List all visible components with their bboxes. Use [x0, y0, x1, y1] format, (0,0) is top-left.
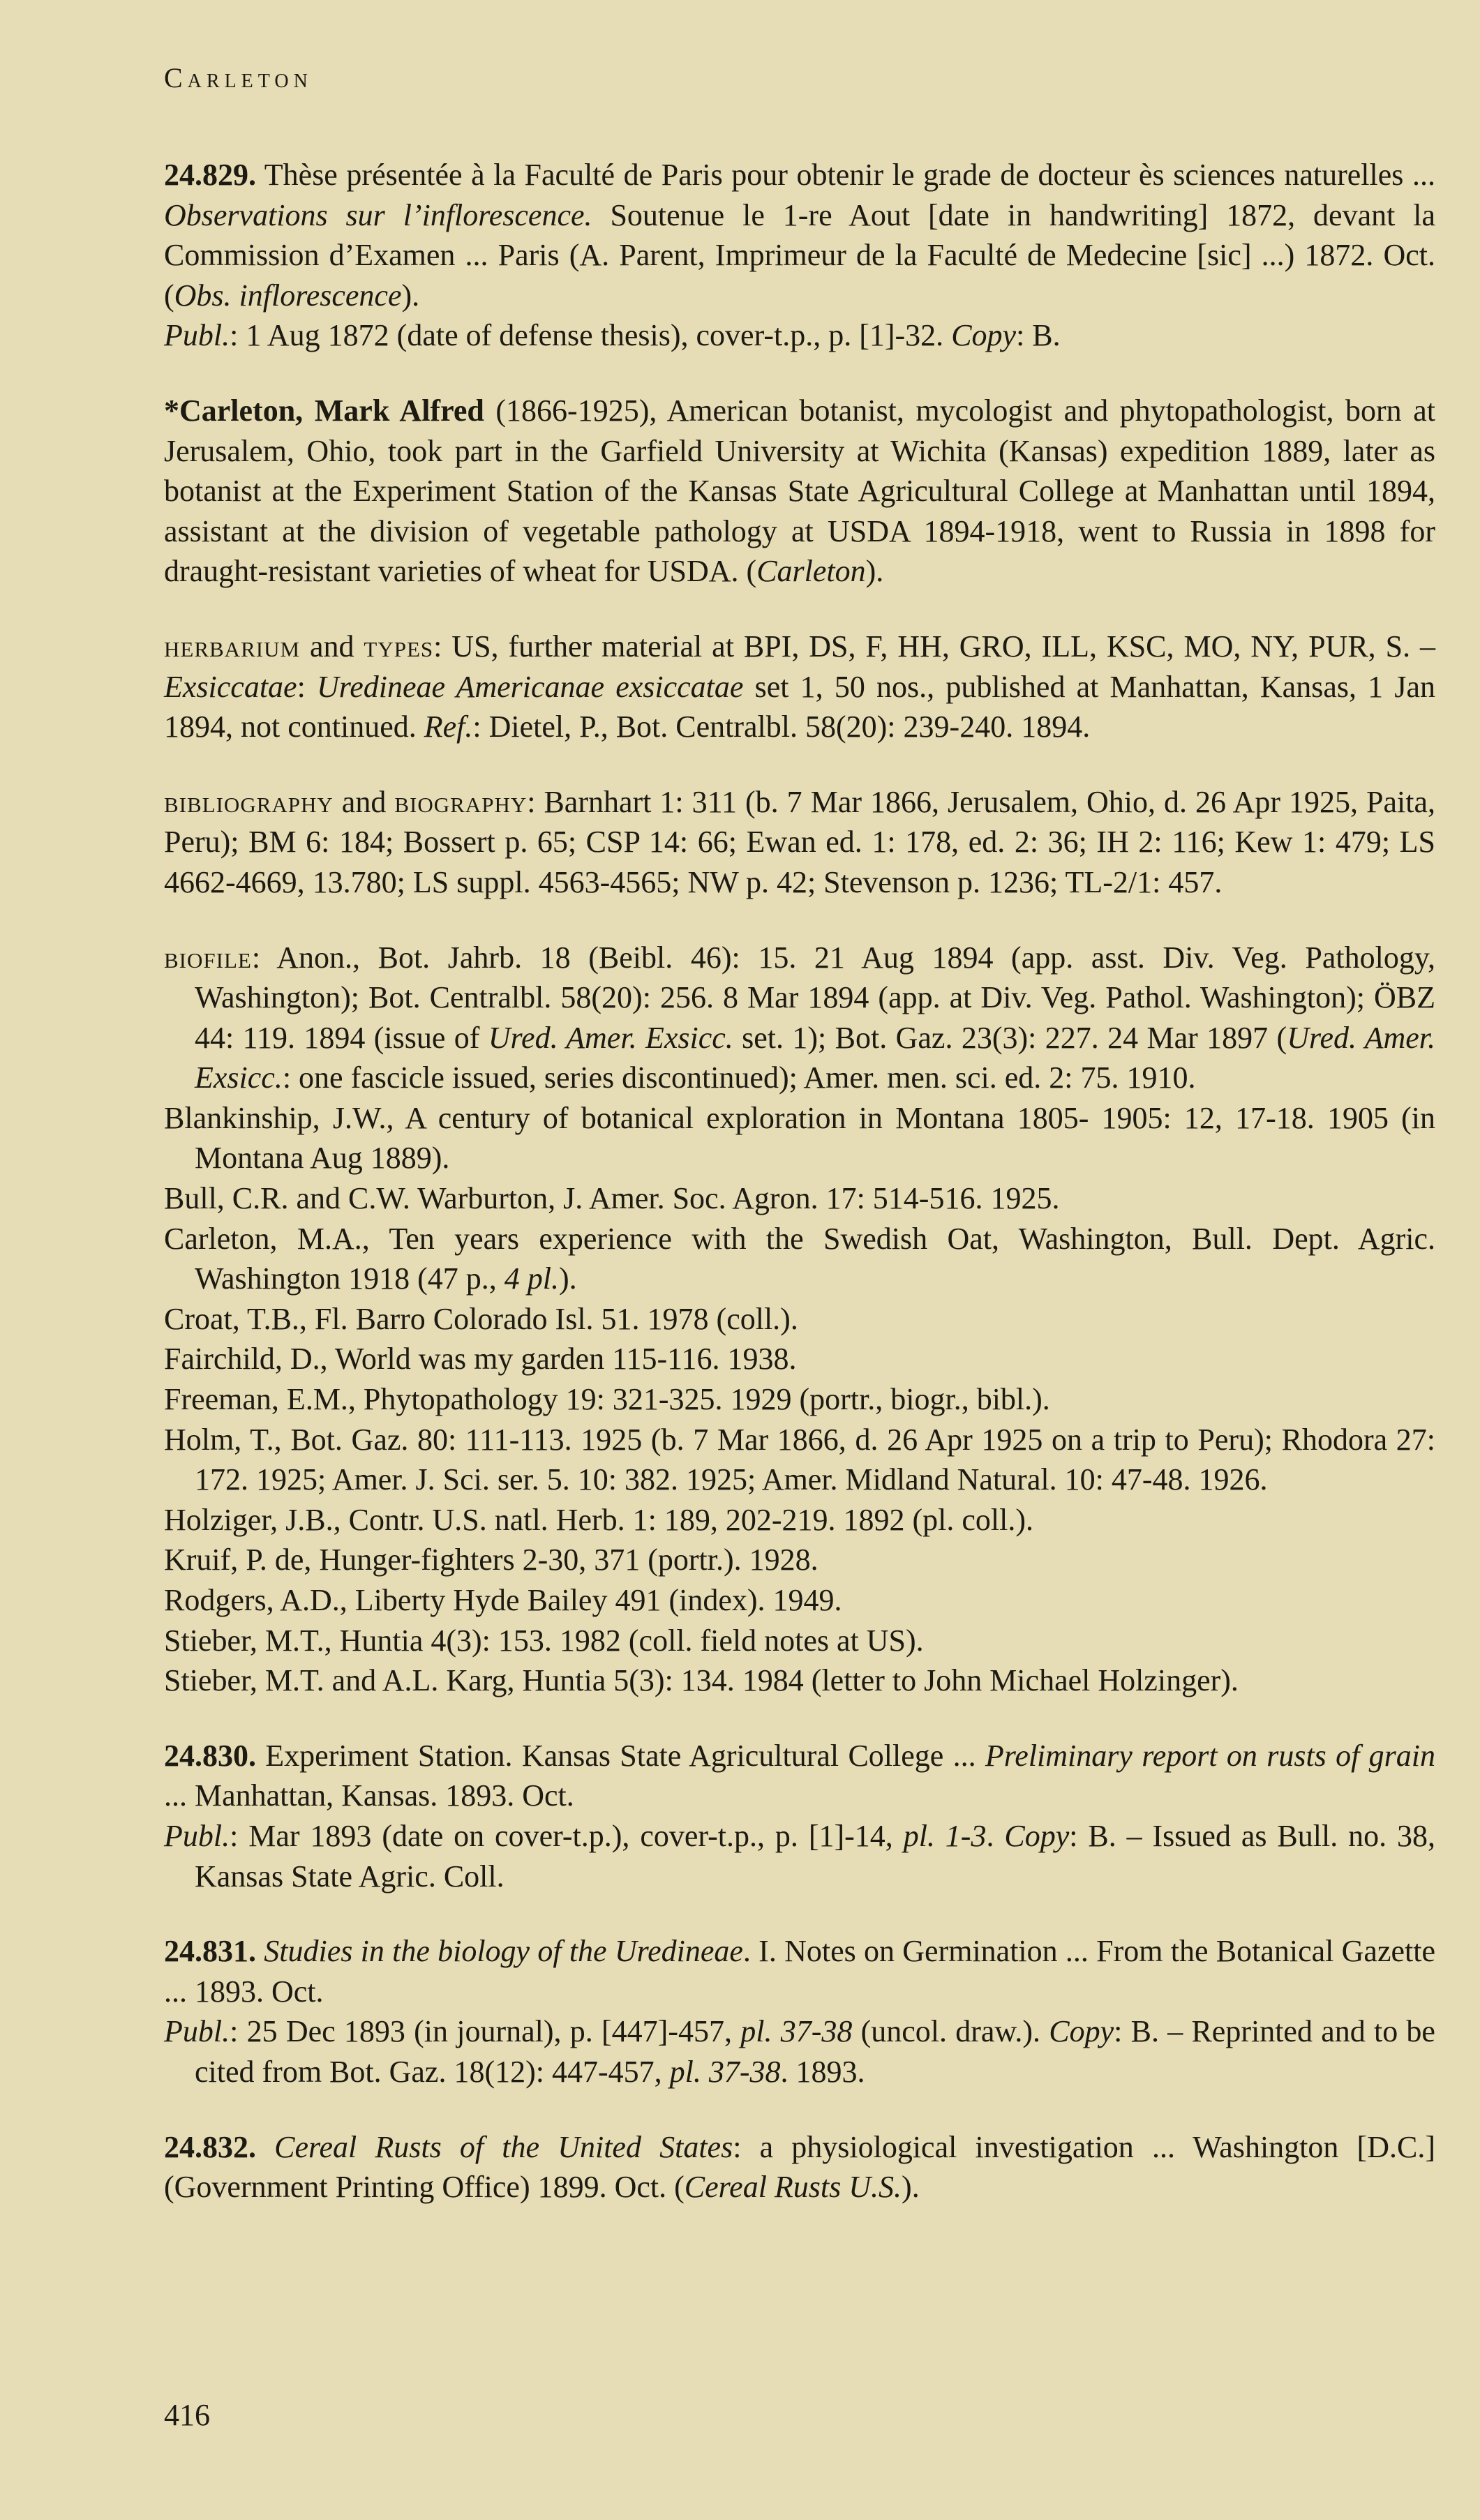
reference-item: Freeman, E.M., Phytopathology 19: 321-32…	[164, 1379, 1435, 1420]
page-body: 24.829. Thèse présentée à la Faculté de …	[164, 155, 1435, 2242]
author-name: *Carleton, Mark Alfred	[164, 393, 484, 428]
reference-item: Blankinship, J.W., A century of botanica…	[164, 1098, 1435, 1178]
reference-item: Carleton, M.A., Ten years experience wit…	[164, 1219, 1435, 1299]
entry-24831: 24.831. Studies in the biology of the Ur…	[164, 1931, 1435, 2092]
entry-number: 24.832.	[164, 2130, 256, 2164]
entry-24829-title: 24.829. Thèse présentée à la Faculté de …	[164, 155, 1435, 315]
section-label: biography	[394, 785, 527, 819]
section-label: bibliography	[164, 785, 334, 819]
biofile-entry: biofile: Anon., Bot. Jahrb. 18 (Beibl. 4…	[164, 938, 1435, 1098]
herbarium-and-types: herbarium and types: US, further materia…	[164, 627, 1435, 747]
reference-item: Kruif, P. de, Hunger-fighters 2-30, 371 …	[164, 1540, 1435, 1580]
reference-item: Bull, C.R. and C.W. Warburton, J. Amer. …	[164, 1178, 1435, 1219]
entry-24829: 24.829. Thèse présentée à la Faculté de …	[164, 155, 1435, 356]
section-label: types	[364, 629, 433, 663]
running-head: Carleton	[164, 64, 313, 92]
entry-number: 24.831.	[164, 1934, 256, 1968]
entry-24830: 24.830. Experiment Station. Kansas State…	[164, 1736, 1435, 1896]
reference-item: Stieber, M.T., Huntia 4(3): 153. 1982 (c…	[164, 1621, 1435, 1661]
author-biography: *Carleton, Mark Alfred (1866-1925), Amer…	[164, 391, 1435, 592]
entry-number: 24.830.	[164, 1739, 256, 1773]
entry-24829-publ: Publ.: 1 Aug 1872 (date of defense thesi…	[164, 315, 1435, 356]
bibliography-and-biography: bibliography and biography: Barnhart 1: …	[164, 782, 1435, 903]
biofile: biofile: Anon., Bot. Jahrb. 18 (Beibl. 4…	[164, 938, 1435, 1701]
section-label: biofile	[164, 940, 252, 975]
reference-item: Stieber, M.T. and A.L. Karg, Huntia 5(3)…	[164, 1660, 1435, 1701]
entry-number: 24.829.	[164, 158, 256, 192]
reference-item: Croat, T.B., Fl. Barro Colorado Isl. 51.…	[164, 1299, 1435, 1340]
entry-24832: 24.832. Cereal Rusts of the United State…	[164, 2127, 1435, 2207]
reference-item: Rodgers, A.D., Liberty Hyde Bailey 491 (…	[164, 1580, 1435, 1621]
reference-item: Holm, T., Bot. Gaz. 80: 111-113. 1925 (b…	[164, 1420, 1435, 1500]
reference-item: Fairchild, D., World was my garden 115-1…	[164, 1339, 1435, 1379]
section-label: herbarium	[164, 629, 300, 663]
page-number: 416	[164, 2397, 210, 2433]
reference-item: Holziger, J.B., Contr. U.S. natl. Herb. …	[164, 1500, 1435, 1540]
